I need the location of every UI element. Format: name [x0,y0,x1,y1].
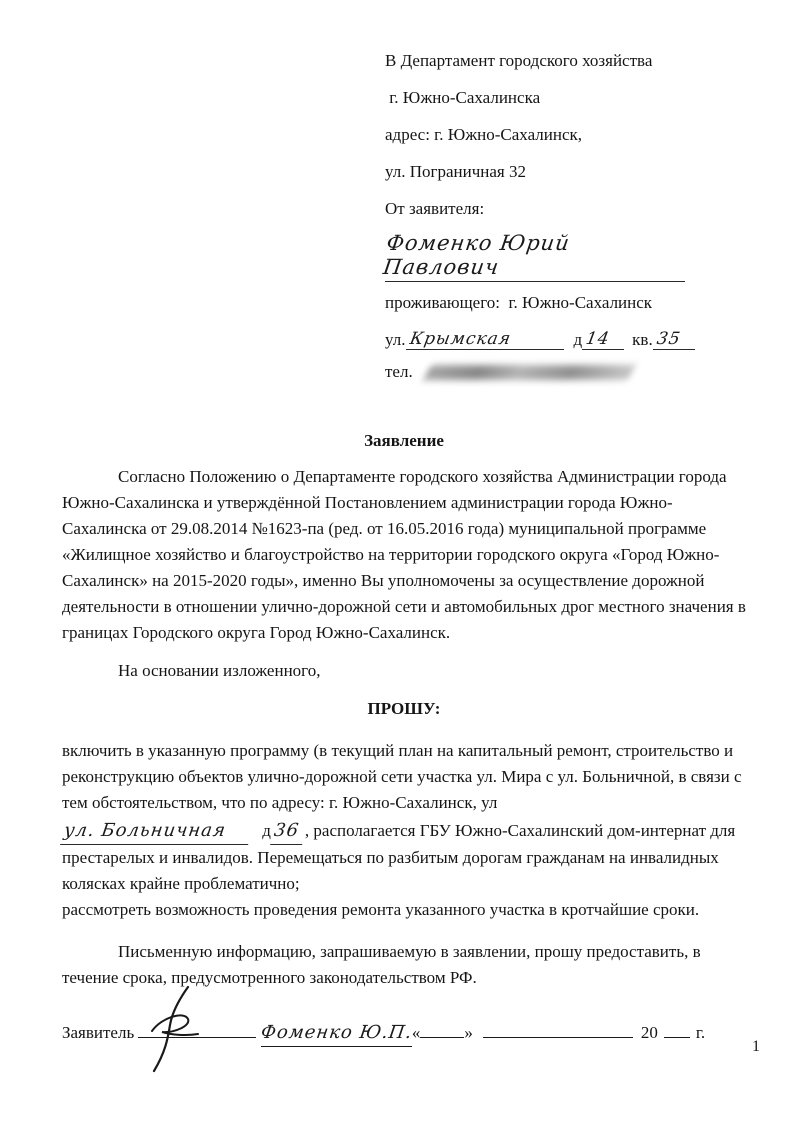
request-paragraph-details: ул. Больничная д36, располагается ГБУ Юж… [62,818,746,923]
house-label: д [574,330,583,350]
street-handwritten: Крымская [408,329,513,349]
recipient-line-address: адрес: г. Южно-Сахалинск, [385,124,775,145]
street-label: ул. [385,330,406,350]
signature-row: Заявитель Фоменко Ю.П.«»20г. [62,1019,746,1047]
year-suffix: г. [696,1023,705,1042]
signature-flourish-line [138,1019,256,1038]
signature-name-handwritten: Фоменко Ю.П. [259,1020,414,1046]
year-prefix: 20 [641,1023,658,1042]
signature-label: Заявитель [62,1023,134,1042]
street-fill-line: Крымская [406,329,564,350]
address-fill-line: ул. Крымская д 14 кв. 35 [385,329,775,350]
request-house-handwritten: 36 [270,818,306,845]
house-handwritten: 14 [584,329,611,349]
apartment-handwritten: 35 [655,329,682,349]
house-fill-line: 14 [582,329,624,350]
date-month-blank [483,1024,633,1038]
request-house-label: д [262,821,271,840]
applicant-name-fill-line: Фоменко Юрий Павлович [385,231,685,282]
from-applicant-label: От заявителя: [385,198,775,219]
date-quote-close: » [464,1023,473,1042]
applicant-name-handwritten: Фоменко Юрий Павлович [382,231,689,279]
page-number: 1 [752,1038,760,1056]
recipient-line-street: ул. Пограничная 32 [385,161,775,182]
document-page: В Департамент городского хозяйства г. Юж… [0,0,800,1132]
apartment-label: кв. [632,330,653,350]
date-day-blank [420,1024,464,1038]
recipient-block: В Департамент городского хозяйства г. Юж… [385,50,775,382]
residing-line: проживающего: г. Южно-Сахалинск [385,292,775,313]
signature-flourish-icon [144,979,214,1074]
document-title: Заявление [62,428,746,454]
request-heading: ПРОШУ: [62,696,746,722]
request-street-handwritten: ул. Больничная [60,818,252,845]
document-body: Заявление Согласно Положению о Департаме… [62,428,746,1047]
request-text-consider: рассмотреть возможность проведения ремон… [62,900,699,919]
paragraph-based-on: На основании изложенного, [62,658,746,684]
phone-label: тел. [385,362,413,382]
apartment-fill-line: 35 [653,329,695,350]
signature-name-line: Фоменко Ю.П. [261,1020,412,1047]
paragraph-legal-basis: Согласно Положению о Департаменте городс… [62,464,746,646]
recipient-line-city: г. Южно-Сахалинска [385,87,775,108]
phone-line: тел. [385,362,775,382]
recipient-line-department: В Департамент городского хозяйства [385,50,775,71]
year-blank [664,1024,690,1038]
request-paragraph-intro: включить в указанную программу (в текущи… [62,738,746,816]
phone-number-blurred [423,365,635,380]
